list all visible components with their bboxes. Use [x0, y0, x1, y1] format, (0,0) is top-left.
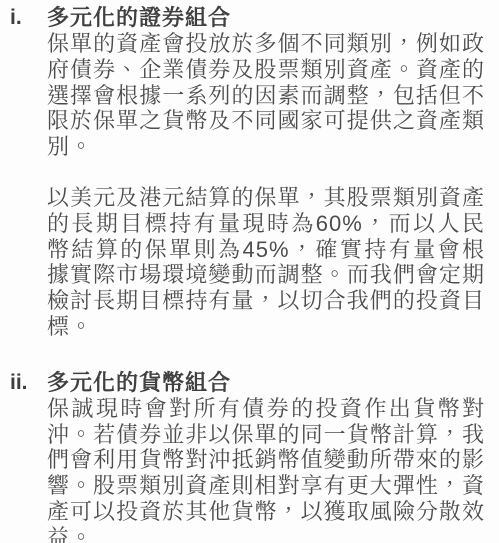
list-marker-ii: ii.: [8, 370, 47, 396]
section-diversified-currency-mix: ii. 多元化的貨幣組合 保誠現時會對所有債券的投資作出貨幣對沖。若債券並非以保…: [8, 370, 485, 543]
section-heading-securities-mix: 多元化的證券組合: [47, 5, 485, 31]
section-content: 多元化的貨幣組合 保誠現時會對所有債券的投資作出貨幣對沖。若債券並非以保單的同一…: [47, 370, 485, 543]
paragraph-asset-classes: 保單的資產會投放於多個不同類別，例如政府債券、企業債券及股票類別資產。資產的選擇…: [47, 31, 485, 160]
section-diversified-securities-mix: i. 多元化的證券組合 保單的資產會投放於多個不同類別，例如政府債券、企業債券及…: [8, 5, 485, 340]
paragraph-equity-target-holdings: 以美元及港元結算的保單，其股票類別資產的長期目標持有量現時為60%，而以人民幣結…: [47, 185, 485, 340]
section-heading-currency-mix: 多元化的貨幣組合: [47, 370, 485, 396]
paragraph-currency-hedging: 保誠現時會對所有債券的投資作出貨幣對沖。若債券並非以保單的同一貨幣計算，我們會利…: [47, 396, 485, 543]
section-content: 多元化的證券組合 保單的資產會投放於多個不同類別，例如政府債券、企業債券及股票類…: [47, 5, 485, 340]
document-body: i. 多元化的證券組合 保單的資產會投放於多個不同類別，例如政府債券、企業債券及…: [0, 0, 499, 543]
list-marker-i: i.: [8, 5, 47, 31]
